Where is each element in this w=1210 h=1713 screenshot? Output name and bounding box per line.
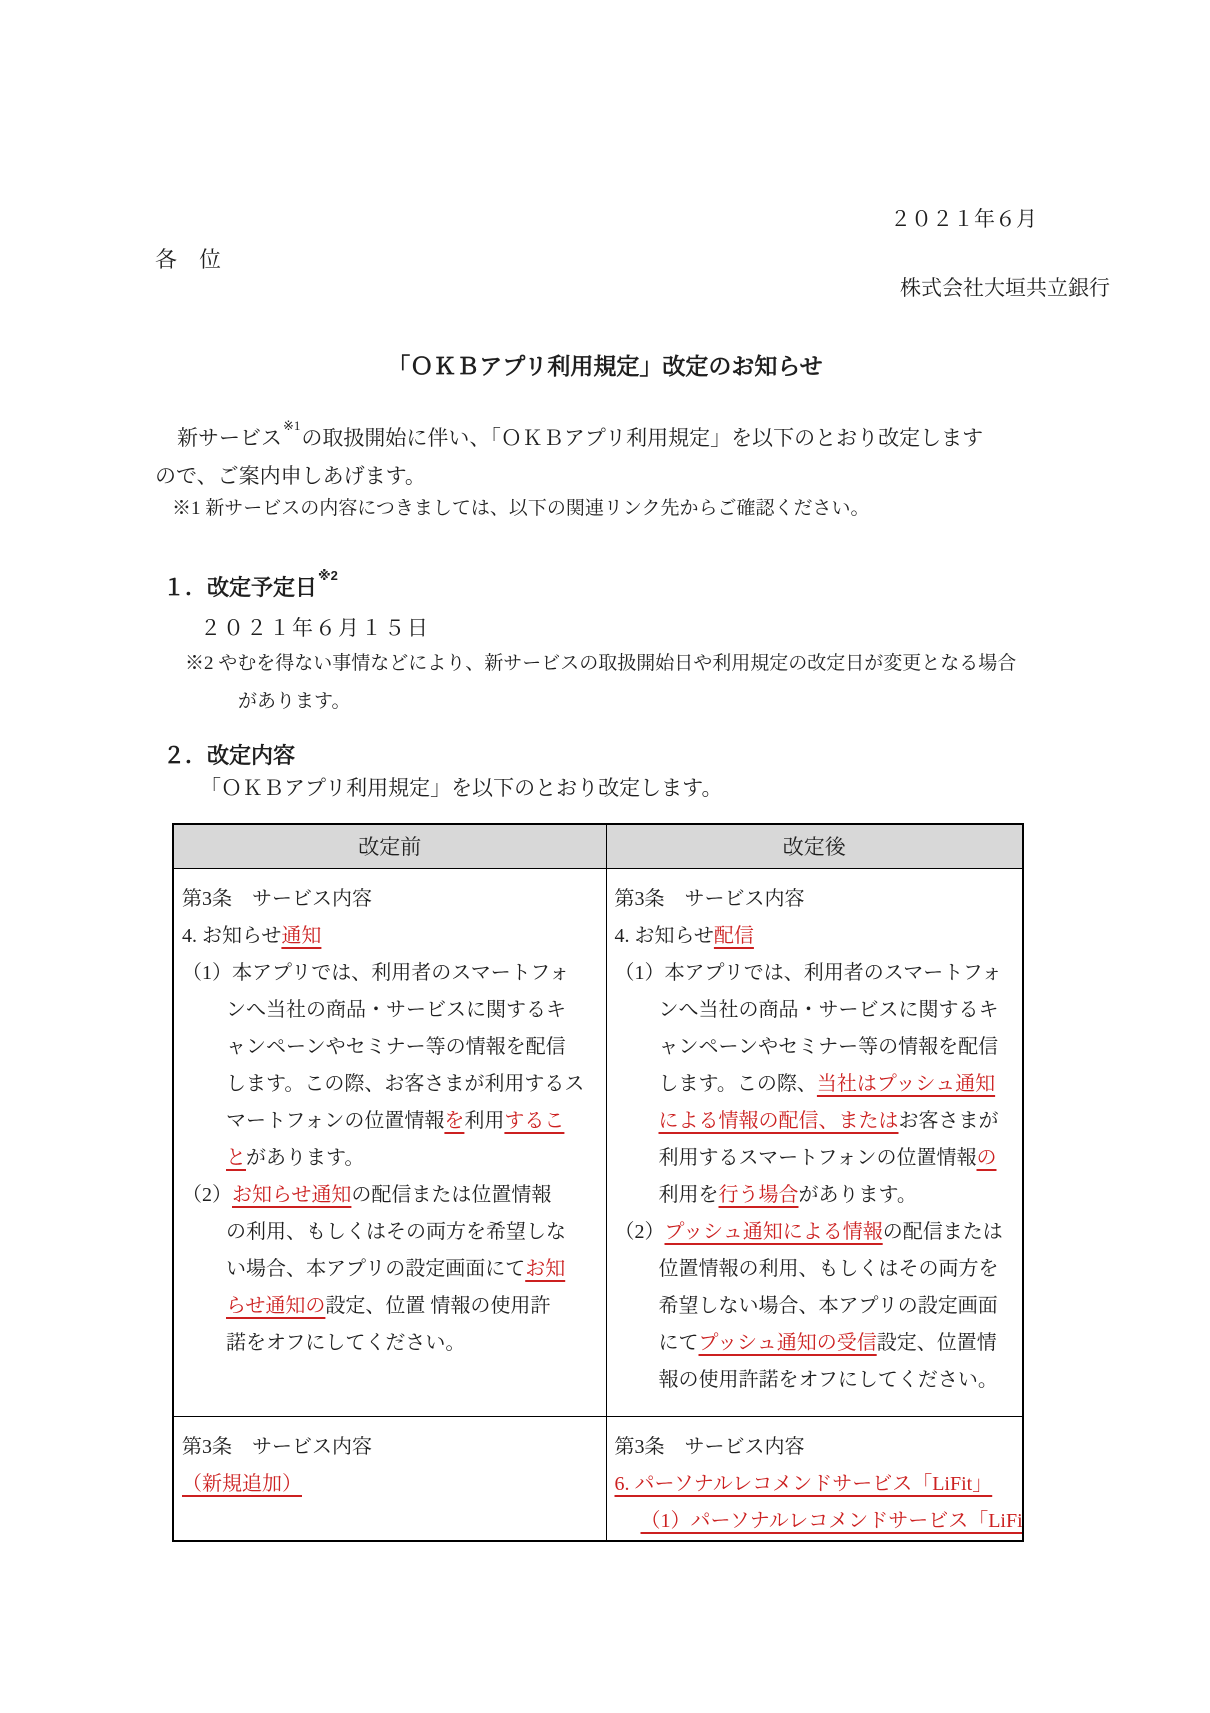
text-run: （1）本アプリでは、利用者のスマートフォ bbox=[182, 962, 569, 984]
company-name: 株式会社大垣共立銀行 bbox=[900, 272, 1110, 302]
column-header-before: 改定前 bbox=[173, 824, 606, 868]
section-1-heading: １．改定予定日※2 bbox=[163, 571, 339, 602]
revision-run: らせ通知の bbox=[226, 1295, 325, 1317]
revision-run: と bbox=[226, 1147, 246, 1169]
revision-table: 改定前 改定後 第3条 サービス内容4. お知らせ通知（1）本アプリでは、利用者… bbox=[172, 823, 1024, 1542]
table-row: 第3条 サービス内容4. お知らせ通知（1）本アプリでは、利用者のスマートフォン… bbox=[173, 868, 1023, 1416]
revision-run: するこ bbox=[504, 1110, 564, 1132]
cell-line: ンへ当社の商品・サービスに関するキ bbox=[615, 992, 1019, 1029]
cell-line: による情報の配信、またはお客さまが bbox=[615, 1103, 1019, 1140]
section-1-heading-text: １．改定予定日 bbox=[163, 575, 317, 600]
cell-line: 利用するスマートフォンの位置情報の bbox=[615, 1140, 1019, 1177]
cell-line: 第3条 サービス内容 bbox=[615, 881, 1019, 918]
text-run: い場合、本アプリの設定画面にて bbox=[226, 1258, 525, 1280]
revision-run: プッシュ通知の受信 bbox=[699, 1332, 877, 1354]
text-run: ンへ当社の商品・サービスに関するキ bbox=[659, 999, 999, 1021]
cell-line: らせ通知の設定、位置 情報の使用許 bbox=[182, 1288, 602, 1325]
section-2-heading: ２．改定内容 bbox=[163, 739, 295, 770]
cell-line: ンへ当社の商品・サービスに関するキ bbox=[182, 992, 602, 1029]
revision-run: （新規追加） bbox=[182, 1473, 302, 1495]
cell-line: にてプッシュ通知の受信設定、位置情 bbox=[615, 1325, 1019, 1362]
text-run: 設定、位置 情報の使用許 bbox=[325, 1295, 550, 1317]
footnote-ref-2: ※2 bbox=[317, 568, 339, 583]
text-run: （2） bbox=[182, 1184, 232, 1206]
cell-line: 位置情報の利用、もしくはその両方を bbox=[615, 1251, 1019, 1288]
cell-line: 諾をオフにしてください。 bbox=[182, 1325, 602, 1362]
cell-line: 報の使用許諾をオフにしてください。 bbox=[615, 1362, 1019, 1399]
cell-line: 第3条 サービス内容 bbox=[182, 1429, 602, 1466]
revision-date: ２０２１年６月１５日 bbox=[200, 612, 430, 642]
intro-footnote: ※1 新サービスの内容につきましては、以下の関連リンク先からご確認ください。 bbox=[172, 493, 870, 520]
cell-line: 利用を行う場合があります。 bbox=[615, 1177, 1019, 1214]
text-run: 4. お知らせ bbox=[615, 925, 714, 947]
text-run: 諾をオフにしてください。 bbox=[226, 1332, 465, 1354]
document-title: 「ＯＫＢアプリ利用規定」改定のお知らせ bbox=[0, 348, 1210, 381]
cell-line: とがあります。 bbox=[182, 1140, 602, 1177]
cell-after: 第3条 サービス内容6. パーソナルレコメンドサービス「LiFit」（1）パーソ… bbox=[606, 1416, 1023, 1541]
document-page: ２０２１年６月 各 位 株式会社大垣共立銀行 「ＯＫＢアプリ利用規定」改定のお知… bbox=[0, 0, 1210, 1713]
document-date: ２０２１年６月 bbox=[890, 203, 1037, 233]
text-run: お客さまが bbox=[899, 1110, 999, 1132]
revision-run: お知 bbox=[525, 1258, 565, 1280]
cell-line: 6. パーソナルレコメンドサービス「LiFit」 bbox=[615, 1466, 1019, 1503]
text-run: 希望しない場合、本アプリの設定画面 bbox=[659, 1295, 998, 1317]
text-run: 利用するスマートフォンの位置情報 bbox=[659, 1147, 977, 1169]
text-run: 利用を bbox=[659, 1184, 719, 1206]
cell-line: （新規追加） bbox=[182, 1466, 602, 1503]
revision-run: による情報の配信、または bbox=[659, 1110, 899, 1132]
text-run: ャンペーンやセミナー等の情報を配信 bbox=[659, 1036, 999, 1058]
cell-after: 第3条 サービス内容4. お知らせ配信（1）本アプリでは、利用者のスマートフォン… bbox=[606, 868, 1023, 1416]
text-run: があります。 bbox=[799, 1184, 917, 1206]
section-2-body: 「ＯＫＢアプリ利用規定」を以下のとおり改定します。 bbox=[200, 772, 722, 802]
cell-line: ャンペーンやセミナー等の情報を配信 bbox=[615, 1029, 1019, 1066]
table-row: 第3条 サービス内容（新規追加）第3条 サービス内容6. パーソナルレコメンドサ… bbox=[173, 1416, 1023, 1541]
cell-line: 第3条 サービス内容 bbox=[182, 881, 602, 918]
revision-run: 当社はプッシュ通知 bbox=[817, 1073, 995, 1095]
cell-line: （1）本アプリでは、利用者のスマートフォ bbox=[615, 955, 1019, 992]
cell-line: 第3条 サービス内容 bbox=[615, 1429, 1019, 1466]
text-run: の配信または bbox=[883, 1221, 1003, 1243]
section-1-footnote-line-2: があります。 bbox=[238, 686, 350, 713]
text-run: （2） bbox=[615, 1221, 665, 1243]
text-run: 位置情報の利用、もしくはその両方を bbox=[659, 1258, 999, 1280]
cell-line: します。この際、お客さまが利用するス bbox=[182, 1066, 602, 1103]
revision-run: を bbox=[444, 1110, 464, 1132]
cell-line: （2）お知らせ通知の配信または位置情報 bbox=[182, 1177, 602, 1214]
revision-run: お知らせ通知 bbox=[232, 1184, 351, 1206]
cell-line: （2）プッシュ通知による情報の配信または bbox=[615, 1214, 1019, 1251]
cell-line: い場合、本アプリの設定画面にてお知 bbox=[182, 1251, 602, 1288]
revision-run: 配信 bbox=[714, 925, 754, 947]
text-run: 設定、位置情 bbox=[877, 1332, 997, 1354]
revision-run: （1）パーソナルレコメンドサービス「LiFit」 bbox=[641, 1510, 1024, 1532]
column-header-after: 改定後 bbox=[606, 824, 1023, 868]
text-run: の配信または位置情報 bbox=[351, 1184, 551, 1206]
text-run: 第3条 サービス内容 bbox=[615, 888, 805, 910]
revision-run: 通知 bbox=[281, 925, 321, 947]
text-run: します。この際、 bbox=[659, 1073, 817, 1095]
intro-paragraph-line-2: ので、ご案内申しあげます。 bbox=[155, 460, 426, 490]
text-run: にて bbox=[659, 1332, 699, 1354]
cell-line: マートフォンの位置情報を利用するこ bbox=[182, 1103, 602, 1140]
cell-line: 4. お知らせ配信 bbox=[615, 918, 1019, 955]
table-header-row: 改定前 改定後 bbox=[173, 824, 1023, 868]
revision-run: の bbox=[977, 1147, 997, 1169]
text-run: マートフォンの位置情報 bbox=[226, 1110, 444, 1132]
text-run: 第3条 サービス内容 bbox=[182, 888, 372, 910]
intro-text-post: の取扱開始に伴い、「ＯＫＢアプリ利用規定」を以下のとおり改定します bbox=[301, 426, 983, 450]
revision-run: プッシュ通知による情報 bbox=[665, 1221, 883, 1243]
section-1-footnote-line-1: ※2 やむを得ない事情などにより、新サービスの取扱開始日や利用規定の改定日が変更… bbox=[185, 648, 1016, 675]
salutation: 各 位 bbox=[155, 243, 221, 274]
text-run: （1）本アプリでは、利用者のスマートフォ bbox=[615, 962, 1002, 984]
intro-text-pre: 新サービス bbox=[177, 426, 282, 450]
text-run: ンへ当社の商品・サービスに関するキ bbox=[226, 999, 566, 1021]
text-run: ャンペーンやセミナー等の情報を配信 bbox=[226, 1036, 566, 1058]
text-run: の利用、もしくはその両方を希望しな bbox=[226, 1221, 566, 1243]
text-run: 第3条 サービス内容 bbox=[615, 1436, 805, 1458]
cell-line: の利用、もしくはその両方を希望しな bbox=[182, 1214, 602, 1251]
text-run: 利用 bbox=[464, 1110, 504, 1132]
cell-before: 第3条 サービス内容4. お知らせ通知（1）本アプリでは、利用者のスマートフォン… bbox=[173, 868, 606, 1416]
footnote-ref-1: ※1 bbox=[282, 418, 301, 433]
intro-paragraph-line-1: 新サービス※1の取扱開始に伴い、「ＯＫＢアプリ利用規定」を以下のとおり改定します bbox=[155, 422, 983, 452]
cell-line: （1）パーソナルレコメンドサービス「LiFit」 bbox=[615, 1503, 1019, 1540]
text-run: します。この際、お客さまが利用するス bbox=[226, 1073, 584, 1095]
cell-line: ャンペーンやセミナー等の情報を配信 bbox=[182, 1029, 602, 1066]
cell-before: 第3条 サービス内容（新規追加） bbox=[173, 1416, 606, 1541]
revision-run: 6. パーソナルレコメンドサービス「LiFit」 bbox=[615, 1473, 993, 1495]
text-run: 第3条 サービス内容 bbox=[182, 1436, 372, 1458]
text-run: 4. お知らせ bbox=[182, 925, 281, 947]
cell-line: 4. お知らせ通知 bbox=[182, 918, 602, 955]
cell-line: します。この際、当社はプッシュ通知 bbox=[615, 1066, 1019, 1103]
text-run: があります。 bbox=[246, 1147, 364, 1169]
cell-line: 希望しない場合、本アプリの設定画面 bbox=[615, 1288, 1019, 1325]
cell-line: （1）本アプリでは、利用者のスマートフォ bbox=[182, 955, 602, 992]
revision-run: 行う場合 bbox=[719, 1184, 799, 1206]
text-run: 報の使用許諾をオフにしてください。 bbox=[659, 1369, 998, 1391]
